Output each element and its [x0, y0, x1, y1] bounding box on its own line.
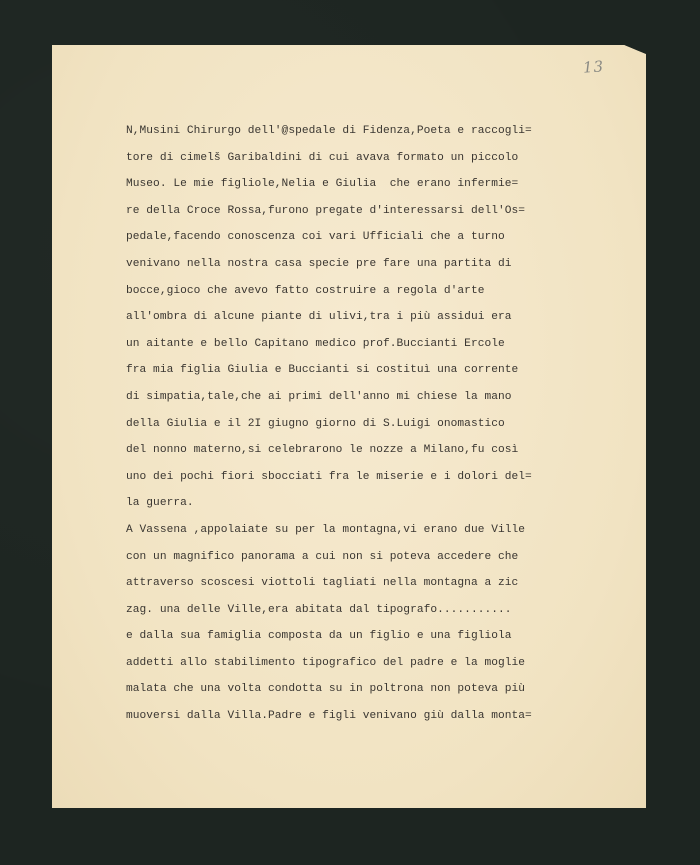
text-line: del nonno materno,si celebrarono le nozz…: [126, 437, 566, 464]
text-line: N,Musini Chirurgo dell'@spedale di Fiden…: [126, 118, 566, 145]
text-line: bocce,gioco che avevo fatto costruire a …: [126, 278, 566, 305]
text-line: addetti allo stabilimento tipografico de…: [126, 650, 566, 677]
text-line: uno dei pochi fiori sbocciati fra le mis…: [126, 464, 566, 491]
handwritten-page-number: 13: [582, 57, 604, 76]
text-line: la guerra.: [126, 490, 566, 517]
text-line: fra mia figlia Giulia e Buccianti si cos…: [126, 357, 566, 384]
text-line: re della Croce Rossa,furono pregate d'in…: [126, 198, 566, 225]
text-line: della Giulia e il 2I giugno giorno di S.…: [126, 411, 566, 438]
typewritten-text-body: N,Musini Chirurgo dell'@spedale di Fiden…: [126, 118, 566, 730]
text-line: venivano nella nostra casa specie pre fa…: [126, 251, 566, 278]
text-line: malata che una volta condotta su in polt…: [126, 676, 566, 703]
text-line: tore di cimelš Garibaldini di cui avava …: [126, 145, 566, 172]
text-line: attraverso scoscesi viottoli tagliati ne…: [126, 570, 566, 597]
text-line: Museo. Le mie figliole,Nelia e Giulia ch…: [126, 171, 566, 198]
text-line: all'ombra di alcune piante di ulivi,tra …: [126, 304, 566, 331]
text-line: muoversi dalla Villa.Padre e figli veniv…: [126, 703, 566, 730]
text-line: e dalla sua famiglia composta da un figl…: [126, 623, 566, 650]
text-line: di simpatia,tale,che ai primi dell'anno …: [126, 384, 566, 411]
text-line: pedale,facendo conoscenza coi vari Uffic…: [126, 224, 566, 251]
text-line: con un magnifico panorama a cui non si p…: [126, 544, 566, 571]
text-line: zag. una delle Ville,era abitata dal tip…: [126, 597, 566, 624]
text-line: un aitante e bello Capitano medico prof.…: [126, 331, 566, 358]
text-line: A Vassena ,appolaiate su per la montagna…: [126, 517, 566, 544]
